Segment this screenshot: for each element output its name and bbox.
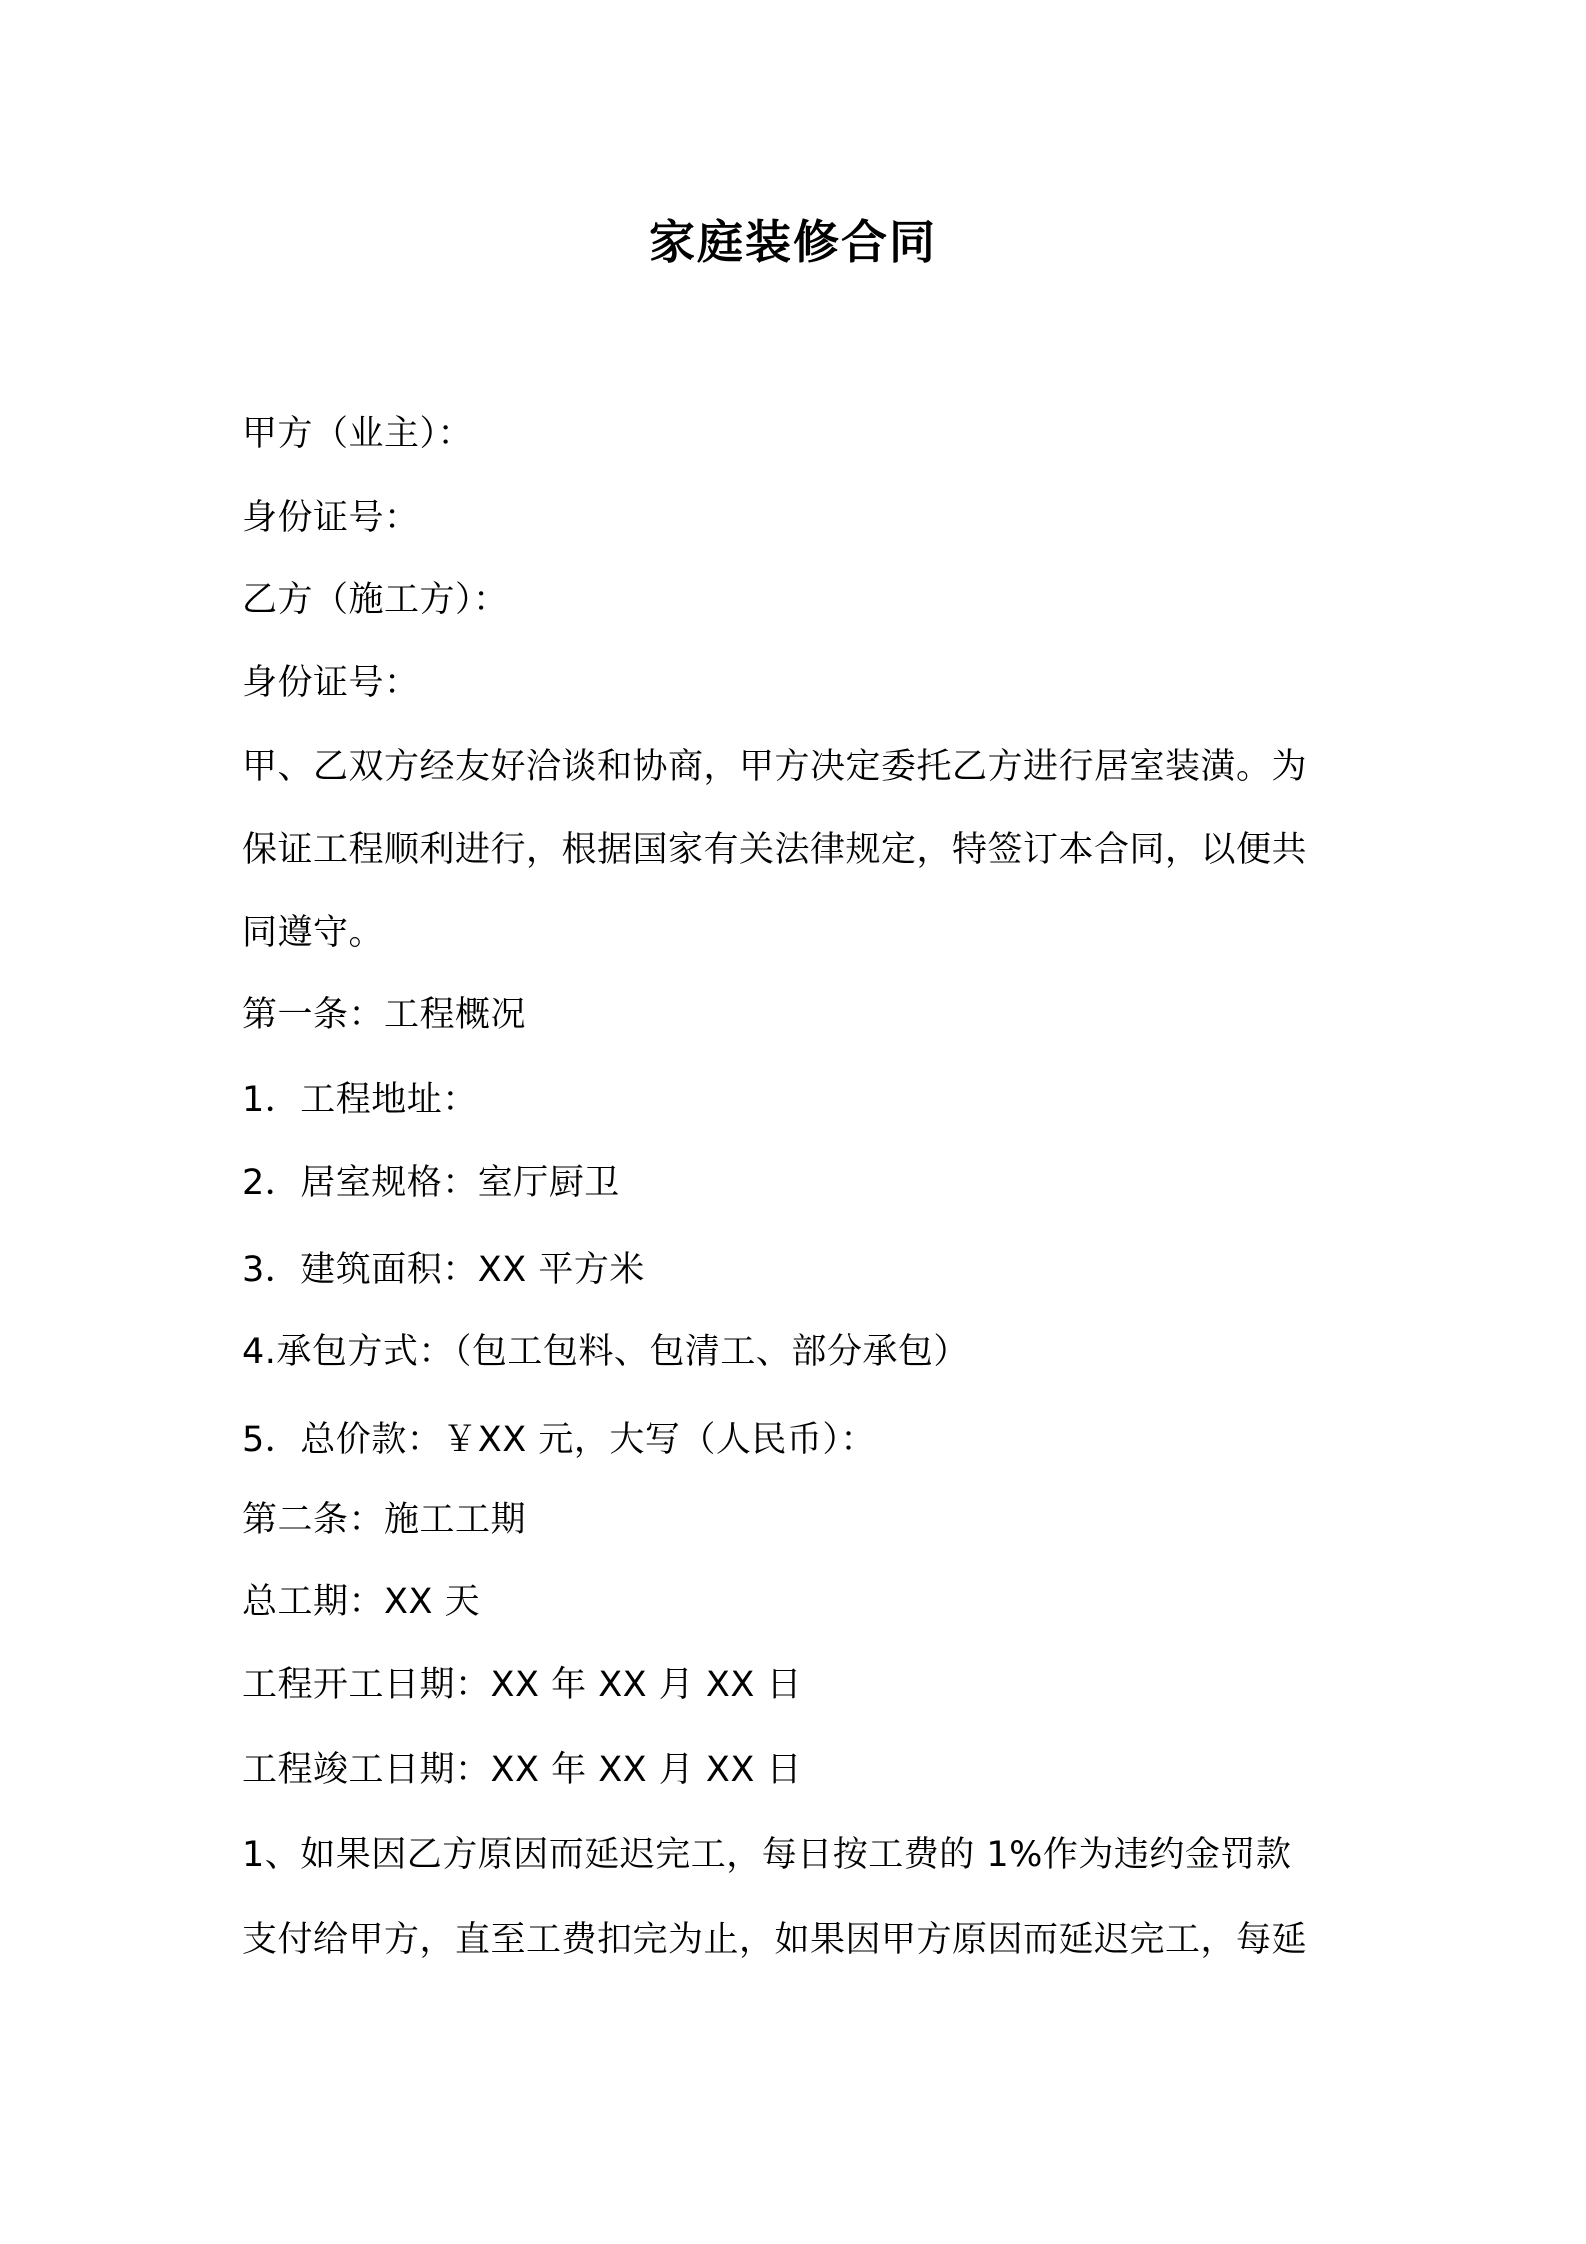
document-title: 家庭装修合同 xyxy=(0,212,1586,272)
party-b-contractor-field: 乙方（施工方）： xyxy=(242,576,1362,624)
room-spec-field: 2．居室规格：室厅厨卫 xyxy=(242,1159,1362,1207)
delay-clause-line-2: 支付给甲方，直至工费扣完为止，如果因甲方原因而延迟完工，每延 xyxy=(242,1916,1362,1964)
preamble-line-1: 甲、乙双方经友好洽谈和协商，甲方决定委托乙方进行居室装潢。为 xyxy=(242,743,1362,791)
total-duration-field: 总工期：XX 天 xyxy=(242,1578,1362,1626)
total-price-field: 5．总价款：￥XX 元，大写（人民币）： xyxy=(242,1416,1362,1464)
preamble-line-2: 保证工程顺利进行，根据国家有关法律规定，特签订本合同，以便共 xyxy=(242,826,1362,874)
article-2-heading: 第二条：施工工期 xyxy=(242,1496,1362,1544)
preamble-line-3: 同遵守。 xyxy=(242,909,1362,957)
contract-method-field: 4.承包方式：（包工包料、包清工、部分承包） xyxy=(242,1328,1362,1376)
party-b-id-number-field: 身份证号： xyxy=(242,659,1362,707)
project-address-field: 1．工程地址： xyxy=(242,1076,1362,1124)
document-page: 家庭装修合同 甲方（业主）： 身份证号： 乙方（施工方）： 身份证号： 甲、乙双… xyxy=(0,0,1586,2244)
party-a-id-number-field: 身份证号： xyxy=(242,494,1362,542)
delay-clause-line-1: 1、如果因乙方原因而延迟完工，每日按工费的 1%作为违约金罚款 xyxy=(242,1831,1362,1879)
building-area-field: 3．建筑面积：XX 平方米 xyxy=(242,1246,1362,1294)
start-date-field: 工程开工日期：XX 年 XX 月 XX 日 xyxy=(242,1661,1362,1709)
article-1-heading: 第一条：工程概况 xyxy=(242,991,1362,1039)
completion-date-field: 工程竣工日期：XX 年 XX 月 XX 日 xyxy=(242,1746,1362,1794)
party-a-owner-field: 甲方（业主）： xyxy=(242,410,1362,458)
